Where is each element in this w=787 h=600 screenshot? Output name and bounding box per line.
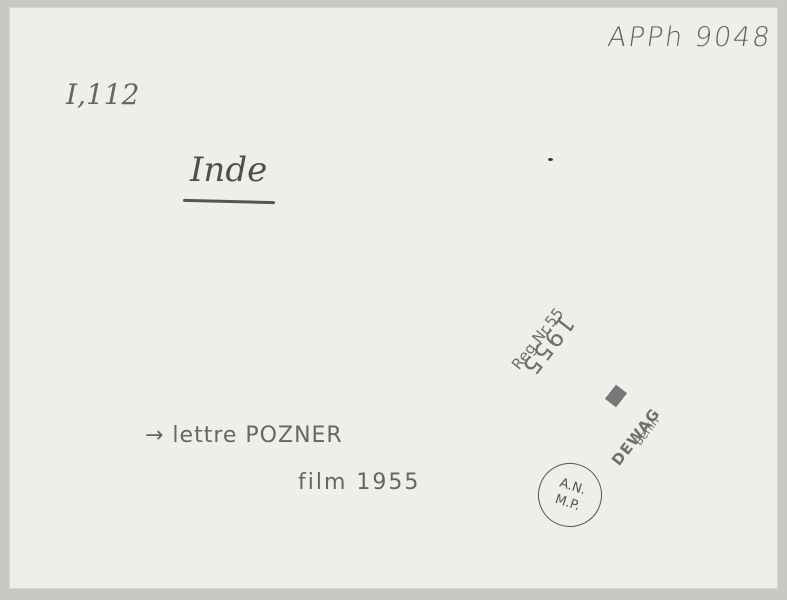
document-title: Inde bbox=[190, 150, 267, 190]
reference-number: APPh 9048 bbox=[606, 22, 774, 53]
note-line-film: film 1955 bbox=[298, 470, 420, 495]
note-line-letter: → lettre POZNER bbox=[145, 423, 343, 448]
ink-dot bbox=[548, 158, 553, 161]
classification-mark: I,112 bbox=[66, 78, 139, 111]
